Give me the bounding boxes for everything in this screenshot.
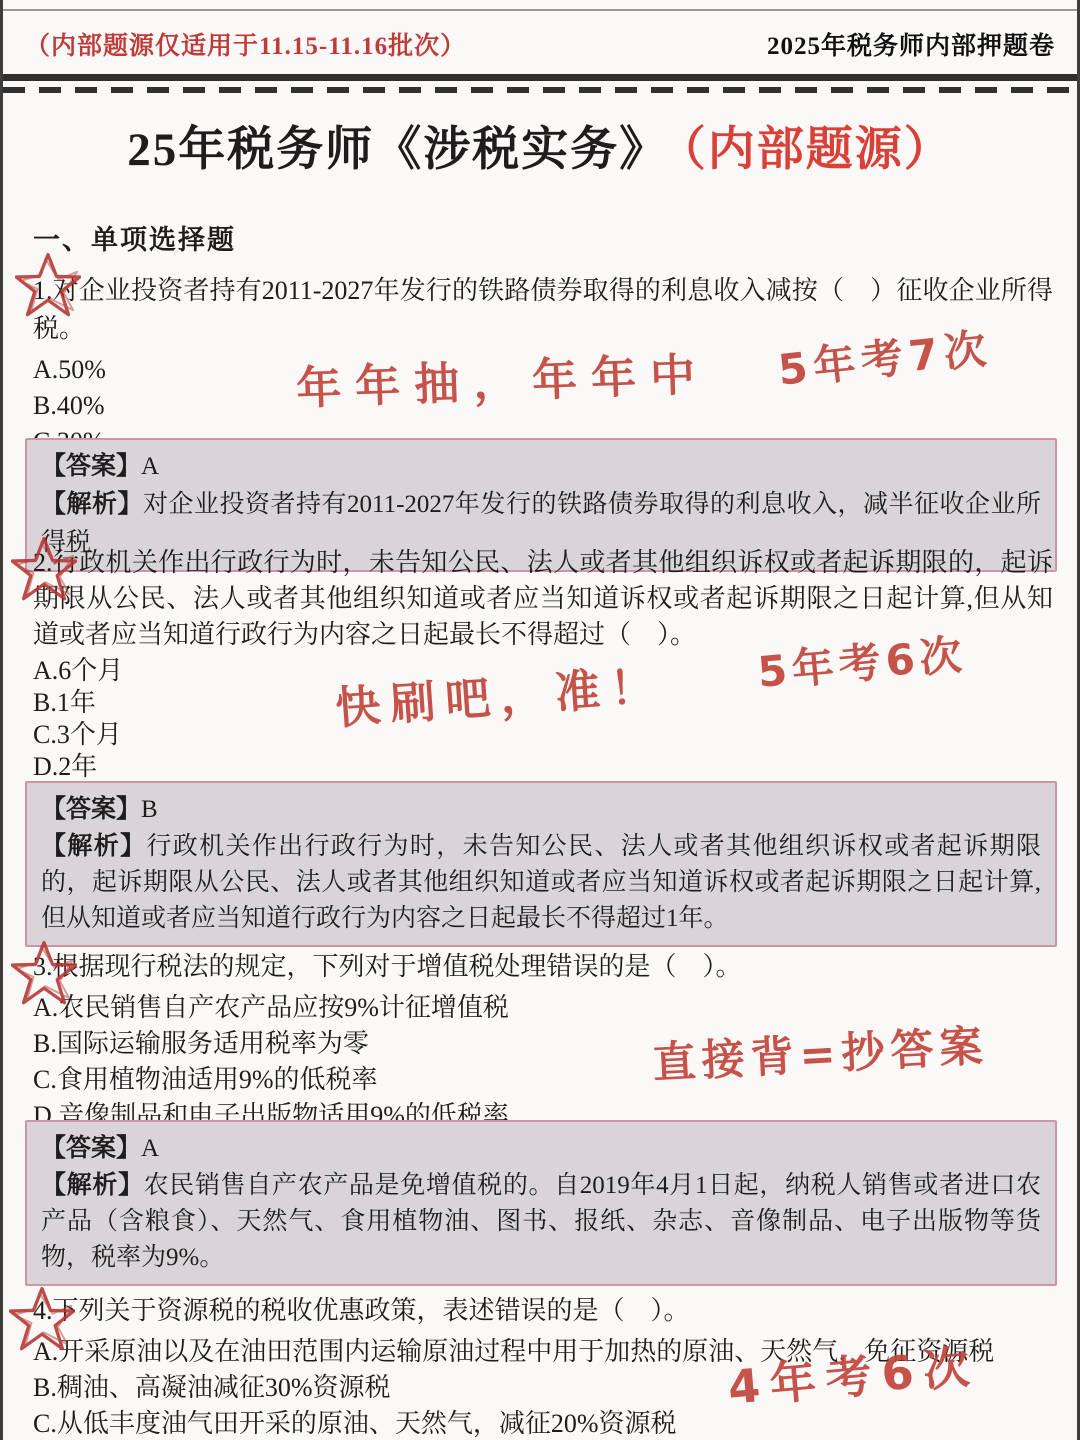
option-item: C.从低丰度油气田开采的原油、天然气，减征20%资源税 xyxy=(33,1404,1053,1440)
page-header: （内部题源仅适用于11.15-11.16批次） 2025年税务师内部押题卷 xyxy=(25,26,1055,62)
star-scribble-icon xyxy=(15,250,81,320)
exam-page: （内部题源仅适用于11.15-11.16批次） 2025年税务师内部押题卷 25… xyxy=(0,0,1080,1440)
option-item: C.3个月 xyxy=(33,719,1053,751)
page-title-accent: （内部题源） xyxy=(682,124,953,176)
analysis-line: 【解析】行政机关作出行政行为时，未告知公民、法人或者其他组织诉权或者起诉期限的，… xyxy=(41,829,1041,937)
question-stem: 4.下列关于资源税的税收优惠政策，表述错误的是（ ）。 xyxy=(33,1292,1053,1330)
answer-value: B xyxy=(141,796,158,823)
divider-solid-line xyxy=(3,74,1077,81)
answer-label: 【答案】 xyxy=(41,796,141,823)
page-frame-line xyxy=(3,9,1077,11)
answer-label: 【答案】 xyxy=(41,1135,141,1162)
question-stem: 3.根据现行税法的规定，下列对于增值税处理错误的是（ ）。 xyxy=(33,948,1053,986)
analysis-label: 【解析】 xyxy=(41,833,146,860)
option-item: D.2年 xyxy=(33,751,1053,783)
analysis-label: 【解析】 xyxy=(41,1172,144,1199)
analysis-label: 【解析】 xyxy=(41,491,143,518)
divider-dashed-line xyxy=(3,87,1077,93)
star-scribble-icon xyxy=(11,938,77,1008)
analysis-text: 行政机关作出行政行为时，未告知公民、法人或者其他组织诉权或者起诉期限的，起诉期限… xyxy=(41,833,1041,932)
answer-line: 【答案】A xyxy=(41,448,1041,486)
answer-line: 【答案】A xyxy=(41,1130,1041,1168)
answer-label: 【答案】 xyxy=(41,453,141,480)
page-title-main: 25年税务师《涉税实务》 xyxy=(127,124,668,176)
answer-box: 【答案】A 【解析】农民销售自产农产品是免增值税的。自2019年4月1日起，纳税… xyxy=(25,1120,1057,1286)
answer-value: A xyxy=(141,1135,159,1162)
page-title: 25年税务师《涉税实务》（内部题源） xyxy=(3,112,1077,179)
answer-value: A xyxy=(141,453,159,480)
header-note-left: （内部题源仅适用于11.15-11.16批次） xyxy=(25,26,466,62)
question-text: 根据现行税法的规定，下列对于增值税处理错误的是（ ）。 xyxy=(53,952,742,981)
star-scribble-icon xyxy=(11,534,77,604)
answer-box: 【答案】B 【解析】行政机关作出行政行为时，未告知公民、法人或者其他组织诉权或者… xyxy=(25,781,1057,947)
answer-line: 【答案】B xyxy=(41,791,1041,829)
analysis-line: 【解析】农民销售自产农产品是免增值税的。自2019年4月1日起，纳税人销售或者进… xyxy=(41,1168,1041,1276)
star-scribble-icon xyxy=(9,1284,75,1354)
question-text: 下列关于资源税的税收优惠政策，表述错误的是（ ）。 xyxy=(53,1296,690,1325)
analysis-text: 农民销售自产农产品是免增值税的。自2019年4月1日起，纳税人销售或者进口农产品… xyxy=(41,1172,1041,1271)
header-title-right: 2025年税务师内部押题卷 xyxy=(767,26,1055,62)
